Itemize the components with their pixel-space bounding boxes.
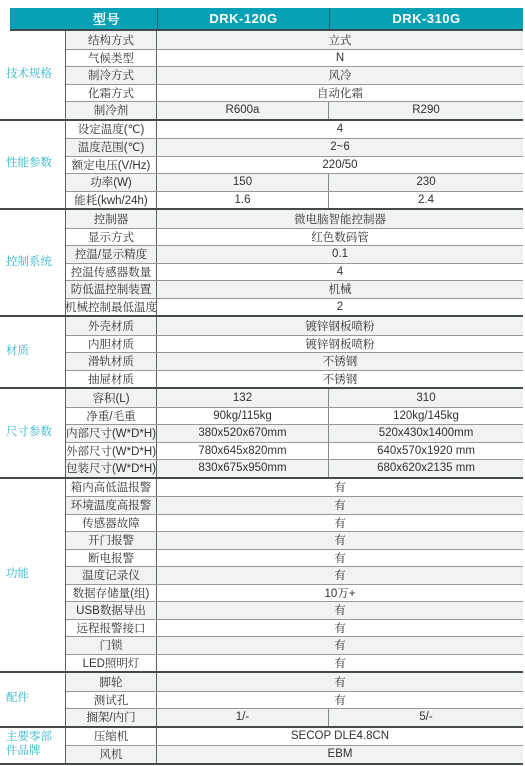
group-label: 配件 (0, 673, 66, 726)
spec-row: 数据存储量(组)10万+ (66, 584, 523, 602)
value-cell-both-models: 风冷 (157, 67, 523, 84)
value-cell-both-models: 镀锌钢板喷粉 (157, 317, 523, 335)
attr-label: 滑轨材质 (66, 353, 157, 370)
value-cell-both-models: 有 (157, 550, 523, 567)
spec-group: 配件脚轮有测试孔有搁架/内门1/-5/- (0, 671, 523, 726)
group-label: 控制系统 (0, 210, 66, 315)
spec-group: 性能参数设定温度(℃)4温度范围(℃)2~6额定电压(V/Hz)220/50功率… (0, 119, 523, 209)
value-cell-both-models: 不锈钢 (157, 371, 523, 388)
spec-row: 包装尺寸(W*D*H)830x675x950mm680x620x2135 mm (66, 459, 523, 477)
spec-row: 制冷方式风冷 (66, 66, 523, 84)
model-name-2: DRK-310G (329, 8, 523, 29)
model-name-1: DRK-120G (157, 8, 329, 29)
attr-label: 防低温控制装置 (66, 281, 157, 298)
attr-label: 制冷方式 (66, 67, 157, 84)
spec-row: 机械控制最低温度2 (66, 298, 523, 316)
attr-label: 搁架/内门 (66, 709, 157, 726)
table-body: 技术规格结构方式立式气候类型N制冷方式风冷化霜方式自动化霜制冷剂R600aR29… (0, 31, 523, 763)
spec-row: 控温/显示精度0.1 (66, 245, 523, 263)
value-cell-model1: 90kg/115kg (157, 408, 329, 425)
group-label: 性能参数 (0, 121, 66, 209)
value-cell-model2: 680x620x2135 mm (329, 460, 523, 477)
attr-label: 显示方式 (66, 229, 157, 246)
group-label: 尺寸参数 (0, 389, 66, 477)
value-cell-model1: R600a (157, 102, 329, 119)
attr-label: 箱内高低温报警 (66, 479, 157, 497)
value-cell-model1: 150 (157, 174, 329, 191)
spec-row: 抽屉材质不锈钢 (66, 370, 523, 388)
value-cell-both-models: 2 (157, 299, 523, 316)
value-cell-both-models: 有 (157, 479, 523, 497)
spec-table: 型号 DRK-120G DRK-310G 技术规格结构方式立式气候类型N制冷方式… (0, 8, 523, 765)
value-cell-model1: 132 (157, 389, 329, 407)
attr-label: 温度范围(℃) (66, 139, 157, 156)
spec-row: 压缩机SECOP DLE4.8CN (66, 728, 523, 746)
spec-row: 箱内高低温报警有 (66, 479, 523, 497)
spec-row: 容积(L)132310 (66, 389, 523, 407)
attr-label: 容积(L) (66, 389, 157, 407)
value-cell-both-models: 220/50 (157, 157, 523, 174)
attr-label: 外部尺寸(W*D*H) (66, 443, 157, 460)
attr-label: 开门报警 (66, 532, 157, 549)
value-cell-both-models: 有 (157, 602, 523, 619)
attr-label: 净重/毛重 (66, 408, 157, 425)
spec-row: 开门报警有 (66, 531, 523, 549)
attr-label: 温度记录仪 (66, 567, 157, 584)
spec-row: 外部尺寸(W*D*H)780x645x820mm640x570x1920 mm (66, 442, 523, 460)
spec-group: 主要零部件品牌压缩机SECOP DLE4.8CN风机EBM (0, 726, 523, 763)
value-cell-both-models: 有 (157, 532, 523, 549)
spec-group: 尺寸参数容积(L)132310净重/毛重90kg/115kg120kg/145k… (0, 387, 523, 477)
attr-label: LED照明灯 (66, 655, 157, 672)
attr-label: 控温/显示精度 (66, 246, 157, 263)
spec-row: 防低温控制装置机械 (66, 280, 523, 298)
spec-group: 控制系统控制器微电脑智能控制器显示方式红色数码管控温/显示精度0.1控温传感器数… (0, 208, 523, 315)
attr-label: 断电报警 (66, 550, 157, 567)
spec-row: 环境温度高报警有 (66, 496, 523, 514)
attr-label: 气候类型 (66, 50, 157, 67)
spec-row: 制冷剂R600aR290 (66, 101, 523, 119)
value-cell-both-models: 有 (157, 655, 523, 672)
value-cell-both-models: 10万+ (157, 585, 523, 602)
spec-row: LED照明灯有 (66, 654, 523, 672)
value-cell-both-models: 有 (157, 497, 523, 514)
spec-row: 显示方式红色数码管 (66, 228, 523, 246)
spec-group: 材质外壳材质镀锌钢板喷粉内胆材质镀锌钢板喷粉滑轨材质不锈钢抽屉材质不锈钢 (0, 315, 523, 387)
spec-row: 化霜方式自动化霜 (66, 84, 523, 102)
value-cell-model1: 830x675x950mm (157, 460, 329, 477)
spec-row: 内部尺寸(W*D*H)380x520x670mm520x430x1400mm (66, 424, 523, 442)
spec-row: 脚轮有 (66, 673, 523, 691)
spec-row: 搁架/内门1/-5/- (66, 708, 523, 726)
spec-row: 控制器微电脑智能控制器 (66, 210, 523, 228)
model-column-header: 型号 (10, 8, 157, 29)
spec-row: 传感器故障有 (66, 514, 523, 532)
spec-row: 温度范围(℃)2~6 (66, 138, 523, 156)
spec-row: 气候类型N (66, 49, 523, 67)
value-cell-model2: 640x570x1920 mm (329, 443, 523, 460)
value-cell-model2: R290 (329, 102, 523, 119)
group-label: 主要零部件品牌 (0, 728, 66, 763)
attr-label: 化霜方式 (66, 85, 157, 102)
value-cell-model1: 380x520x670mm (157, 425, 329, 442)
attr-label: 远程报警接口 (66, 620, 157, 637)
attr-label: 压缩机 (66, 728, 157, 746)
attr-label: 能耗(kwh/24h) (66, 192, 157, 209)
spec-row: 设定温度(℃)4 (66, 121, 523, 139)
value-cell-both-models: EBM (157, 746, 523, 763)
value-cell-both-models: 机械 (157, 281, 523, 298)
value-cell-both-models: 有 (157, 673, 523, 691)
spec-row: 外壳材质镀锌钢板喷粉 (66, 317, 523, 335)
value-cell-both-models: 镀锌钢板喷粉 (157, 336, 523, 353)
spec-row: 额定电压(V/Hz)220/50 (66, 156, 523, 174)
value-cell-model2: 230 (329, 174, 523, 191)
attr-label: 包装尺寸(W*D*H) (66, 460, 157, 477)
value-cell-model2: 310 (329, 389, 523, 407)
attr-label: 内胆材质 (66, 336, 157, 353)
spec-group: 功能箱内高低温报警有环境温度高报警有传感器故障有开门报警有断电报警有温度记录仪有… (0, 477, 523, 672)
spec-row: USB数据导出有 (66, 601, 523, 619)
attr-label: 内部尺寸(W*D*H) (66, 425, 157, 442)
value-cell-both-models: 自动化霜 (157, 85, 523, 102)
table-header: 型号 DRK-120G DRK-310G (10, 8, 523, 31)
attr-label: 环境温度高报警 (66, 497, 157, 514)
value-cell-both-models: N (157, 50, 523, 67)
attr-label: 控制器 (66, 210, 157, 228)
spec-row: 滑轨材质不锈钢 (66, 352, 523, 370)
attr-label: 设定温度(℃) (66, 121, 157, 139)
spec-row: 测试孔有 (66, 691, 523, 709)
value-cell-both-models: 有 (157, 620, 523, 637)
attr-label: 外壳材质 (66, 317, 157, 335)
spec-row: 结构方式立式 (66, 31, 523, 49)
value-cell-both-models: SECOP DLE4.8CN (157, 728, 523, 746)
spec-row: 远程报警接口有 (66, 619, 523, 637)
value-cell-both-models: 0.1 (157, 246, 523, 263)
group-label: 功能 (0, 479, 66, 672)
spec-row: 净重/毛重90kg/115kg120kg/145kg (66, 407, 523, 425)
group-label: 材质 (0, 317, 66, 387)
attr-label: 传感器故障 (66, 515, 157, 532)
value-cell-both-models: 4 (157, 121, 523, 139)
attr-label: 制冷剂 (66, 102, 157, 119)
spec-row: 门锁有 (66, 636, 523, 654)
spec-row: 断电报警有 (66, 549, 523, 567)
value-cell-model2: 520x430x1400mm (329, 425, 523, 442)
attr-label: 数据存储量(组) (66, 585, 157, 602)
attr-label: 测试孔 (66, 692, 157, 709)
attr-label: 控温传感器数量 (66, 264, 157, 281)
value-cell-model2: 120kg/145kg (329, 408, 523, 425)
spec-row: 功率(W)150230 (66, 173, 523, 191)
group-label: 技术规格 (0, 31, 66, 119)
spec-row: 温度记录仪有 (66, 566, 523, 584)
value-cell-model1: 780x645x820mm (157, 443, 329, 460)
value-cell-both-models: 有 (157, 567, 523, 584)
attr-label: 门锁 (66, 637, 157, 654)
value-cell-both-models: 有 (157, 692, 523, 709)
value-cell-both-models: 2~6 (157, 139, 523, 156)
value-cell-model2: 5/- (329, 709, 523, 726)
attr-label: 功率(W) (66, 174, 157, 191)
attr-label: 结构方式 (66, 31, 157, 49)
spec-row: 风机EBM (66, 745, 523, 763)
value-cell-both-models: 红色数码管 (157, 229, 523, 246)
attr-label: 抽屉材质 (66, 371, 157, 388)
value-cell-both-models: 有 (157, 515, 523, 532)
value-cell-both-models: 立式 (157, 31, 523, 49)
spec-row: 内胆材质镀锌钢板喷粉 (66, 335, 523, 353)
value-cell-model1: 1.6 (157, 192, 329, 209)
value-cell-both-models: 有 (157, 637, 523, 654)
spec-group: 技术规格结构方式立式气候类型N制冷方式风冷化霜方式自动化霜制冷剂R600aR29… (0, 31, 523, 119)
attr-label: 额定电压(V/Hz) (66, 157, 157, 174)
value-cell-both-models: 4 (157, 264, 523, 281)
attr-label: 脚轮 (66, 673, 157, 691)
spec-row: 能耗(kwh/24h)1.62.4 (66, 191, 523, 209)
attr-label: 风机 (66, 746, 157, 763)
attr-label: USB数据导出 (66, 602, 157, 619)
value-cell-model2: 2.4 (329, 192, 523, 209)
value-cell-both-models: 不锈钢 (157, 353, 523, 370)
value-cell-both-models: 微电脑智能控制器 (157, 210, 523, 228)
attr-label: 机械控制最低温度 (66, 299, 157, 316)
value-cell-model1: 1/- (157, 709, 329, 726)
spec-row: 控温传感器数量4 (66, 263, 523, 281)
